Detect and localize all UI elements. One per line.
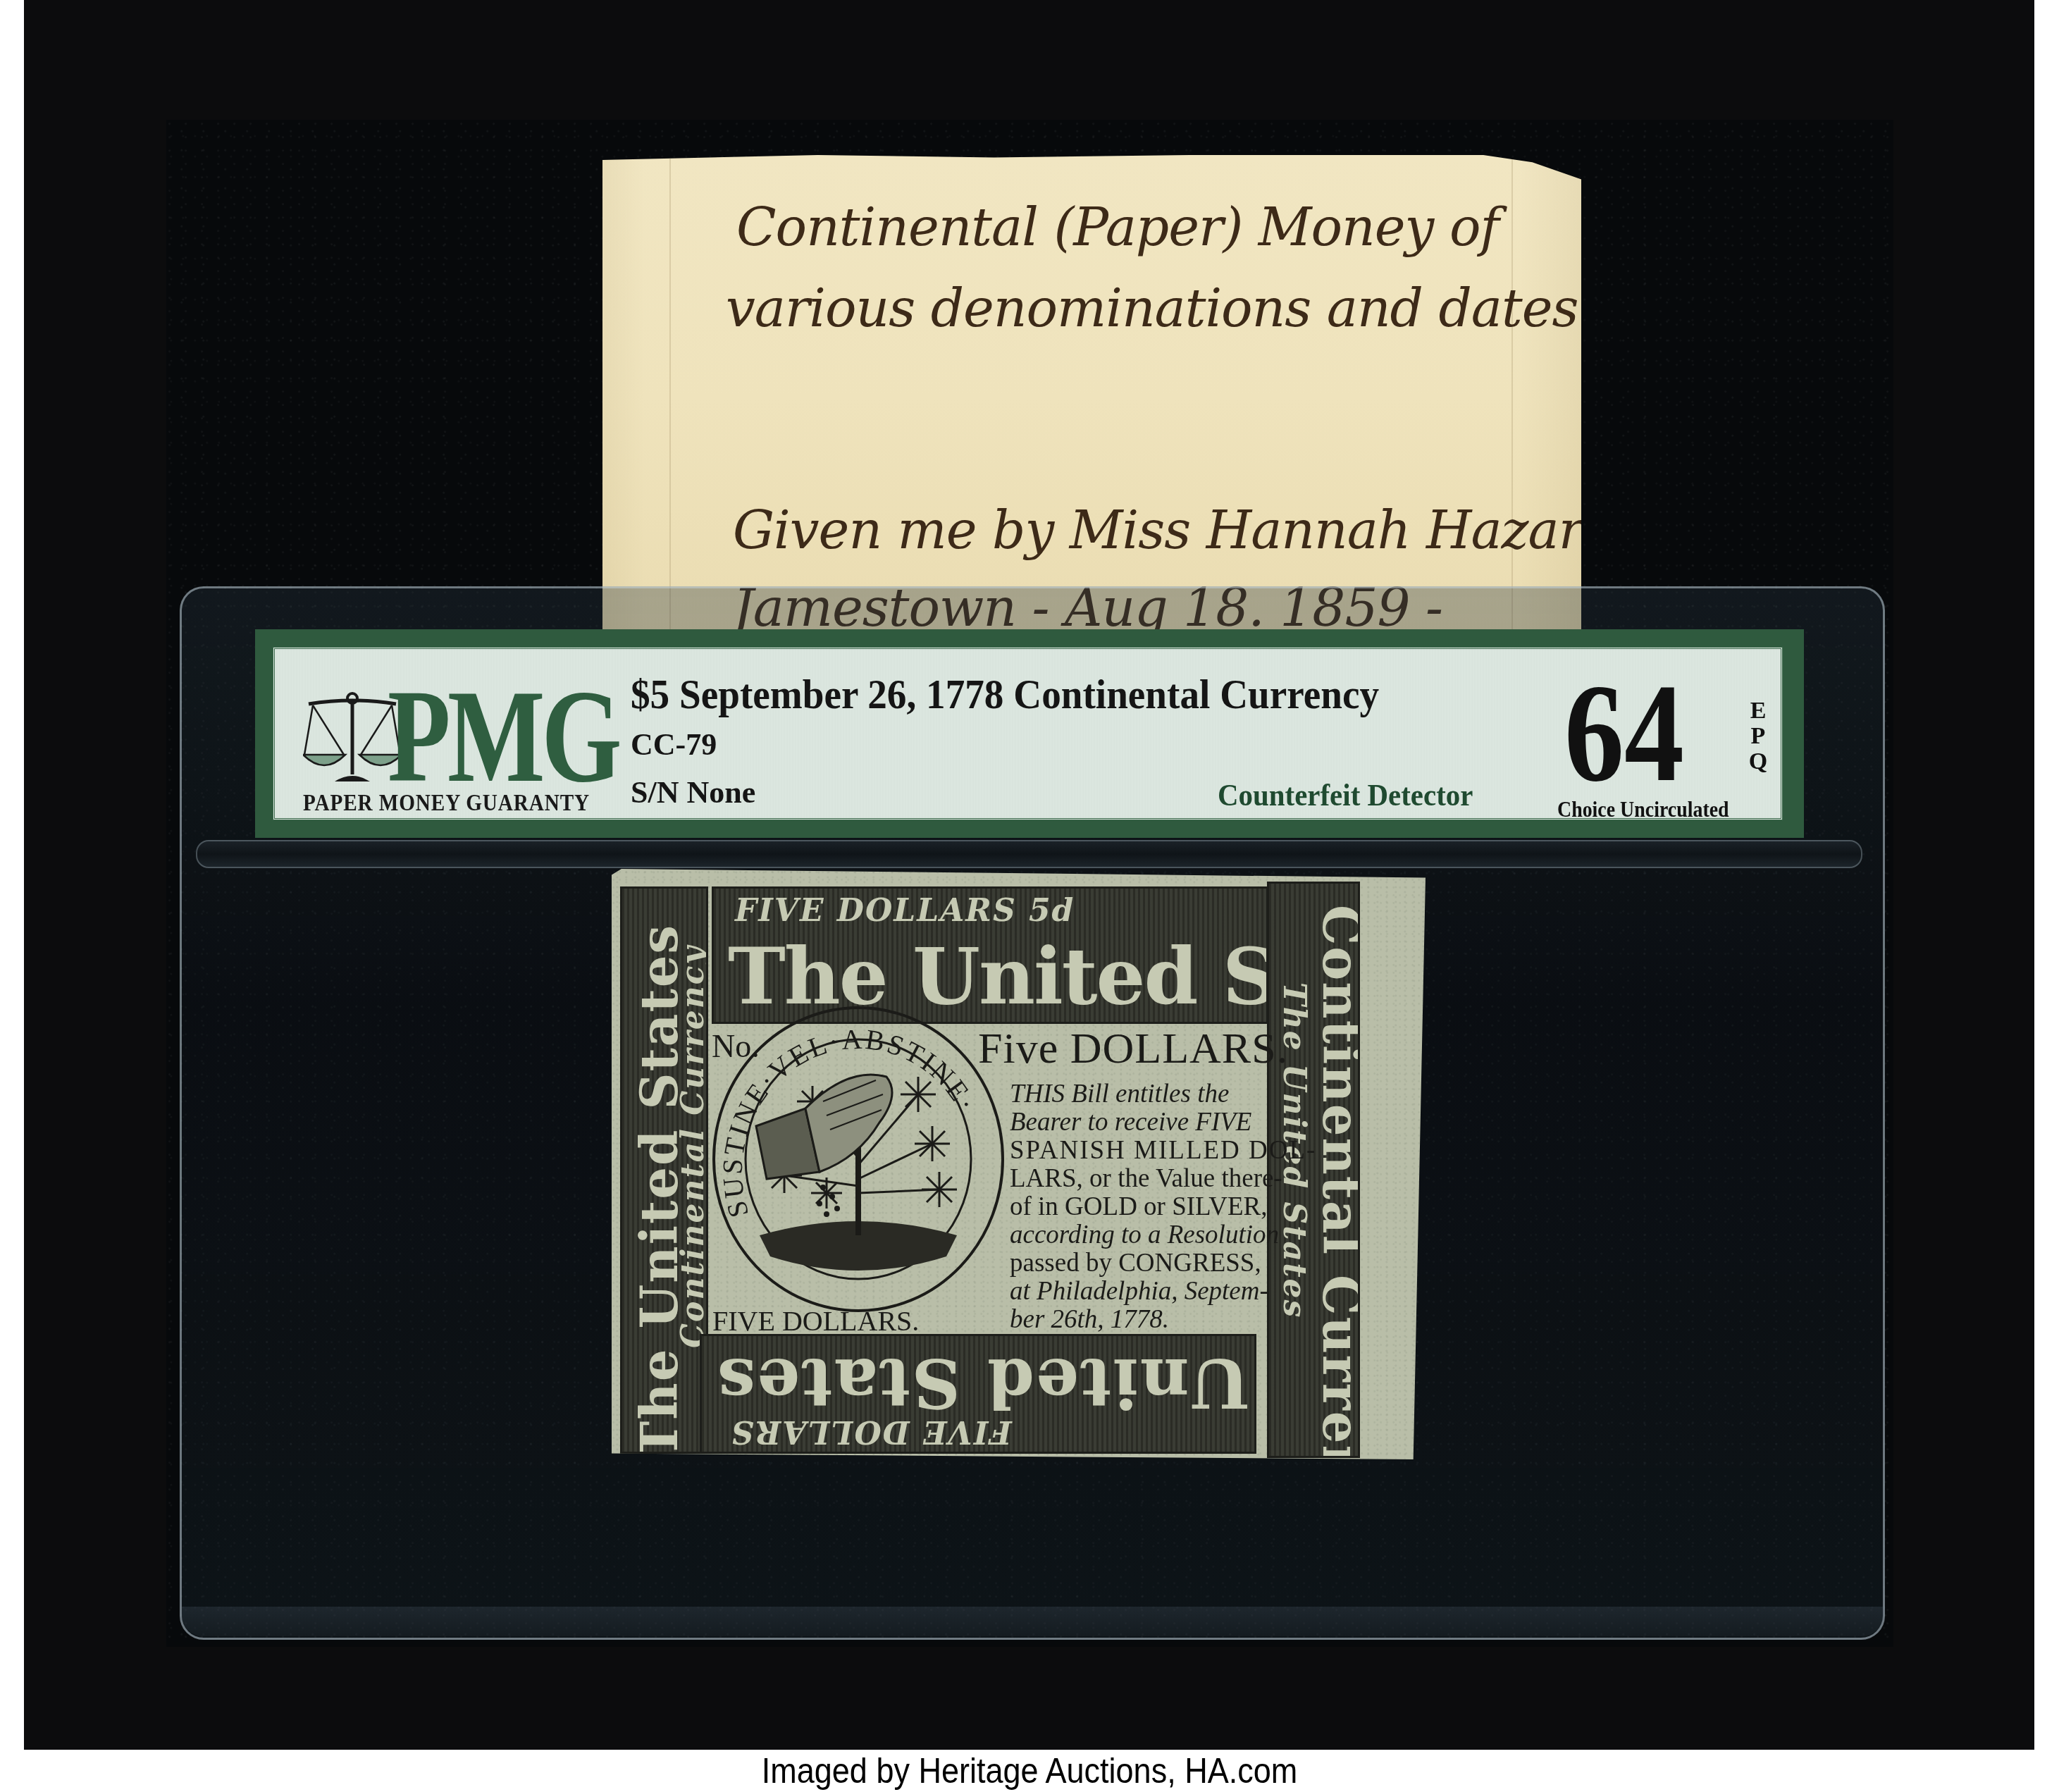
note-text-line: at Philadelphia, Septem-: [1010, 1278, 1270, 1306]
envelope-line-1: Continental (Paper) Money of: [736, 197, 1715, 258]
continental-banknote: The United States Continental Currency F…: [612, 869, 1426, 1459]
note-text-line: according to a Resolution: [1010, 1221, 1270, 1249]
note-text-line: Bearer to receive FIVE: [1010, 1108, 1270, 1137]
note-text-line: LARS, or the Value there-: [1010, 1165, 1270, 1193]
note-text-line: passed by CONGRESS,: [1010, 1249, 1270, 1278]
epq-designation: E P Q: [1744, 698, 1772, 774]
holder-sleeve-ridge: [196, 840, 1862, 868]
label-comment: Counterfeit Detector: [1218, 777, 1473, 813]
border-text: FIVE DOLLARS 5d: [735, 893, 1075, 929]
image-credit-caption: Imaged by Heritage Auctions, HA.com: [103, 1750, 1956, 1792]
holder-bottom-edge: [182, 1607, 1884, 1636]
epq-letter: P: [1744, 724, 1772, 749]
handwritten-envelope: Continental (Paper) Money of various den…: [602, 155, 1581, 641]
catalog-number: CC-79: [631, 727, 717, 762]
pmg-brand: PMG: [388, 670, 619, 803]
grade-description: Choice Uncirculated: [1557, 797, 1729, 822]
scales-of-justice-icon: [303, 691, 402, 790]
hand-and-thorn-bush-seal-icon: SUSTINE·VEL·ABSTINE·: [707, 1003, 1010, 1316]
pmg-brand-full: PAPER MONEY GUARANTY: [303, 790, 590, 817]
pmg-grading-label: PMG PAPER MONEY GUARANTY $5 September 26…: [255, 629, 1804, 838]
grade-number: 64: [1564, 663, 1684, 804]
envelope-line-2: various denominations and dates -: [726, 278, 1705, 339]
border-text: Continental Currency: [675, 945, 708, 1348]
note-text-line: of in GOLD or SILVER,: [1010, 1193, 1270, 1221]
serial-number: S/N None: [631, 774, 755, 810]
label-panel: PMG PAPER MONEY GUARANTY $5 September 26…: [273, 647, 1783, 820]
envelope-fold-line: [669, 155, 671, 641]
note-footer-denomination: FIVE DOLLARS.: [712, 1304, 919, 1337]
epq-letter: Q: [1744, 749, 1772, 774]
border-text: Continental Currency: [1311, 905, 1360, 1458]
pmg-logo: PMG: [303, 691, 627, 797]
note-border-left: The United States Continental Currency: [620, 886, 708, 1454]
note-promise-text: THIS Bill entitles the Bearer to receive…: [1010, 1080, 1270, 1334]
envelope-line-3: Given me by Miss Hannah Hazard of: [733, 500, 1712, 561]
note-title: $5 September 26, 1778 Continental Curren…: [631, 670, 1379, 719]
border-text: The United States: [716, 1343, 1256, 1423]
note-denomination: Five DOLLARS.: [978, 1024, 1288, 1074]
epq-letter: E: [1744, 698, 1772, 724]
note-border-bottom: The United States FIVE DOLLARS: [700, 1334, 1256, 1454]
border-text: FIVE DOLLARS: [730, 1414, 1012, 1450]
note-text-line: SPANISH MILLED DOL-: [1010, 1137, 1270, 1165]
note-text-line: THIS Bill entitles the: [1010, 1080, 1270, 1108]
note-text-line: ber 26th, 1778.: [1010, 1306, 1270, 1334]
